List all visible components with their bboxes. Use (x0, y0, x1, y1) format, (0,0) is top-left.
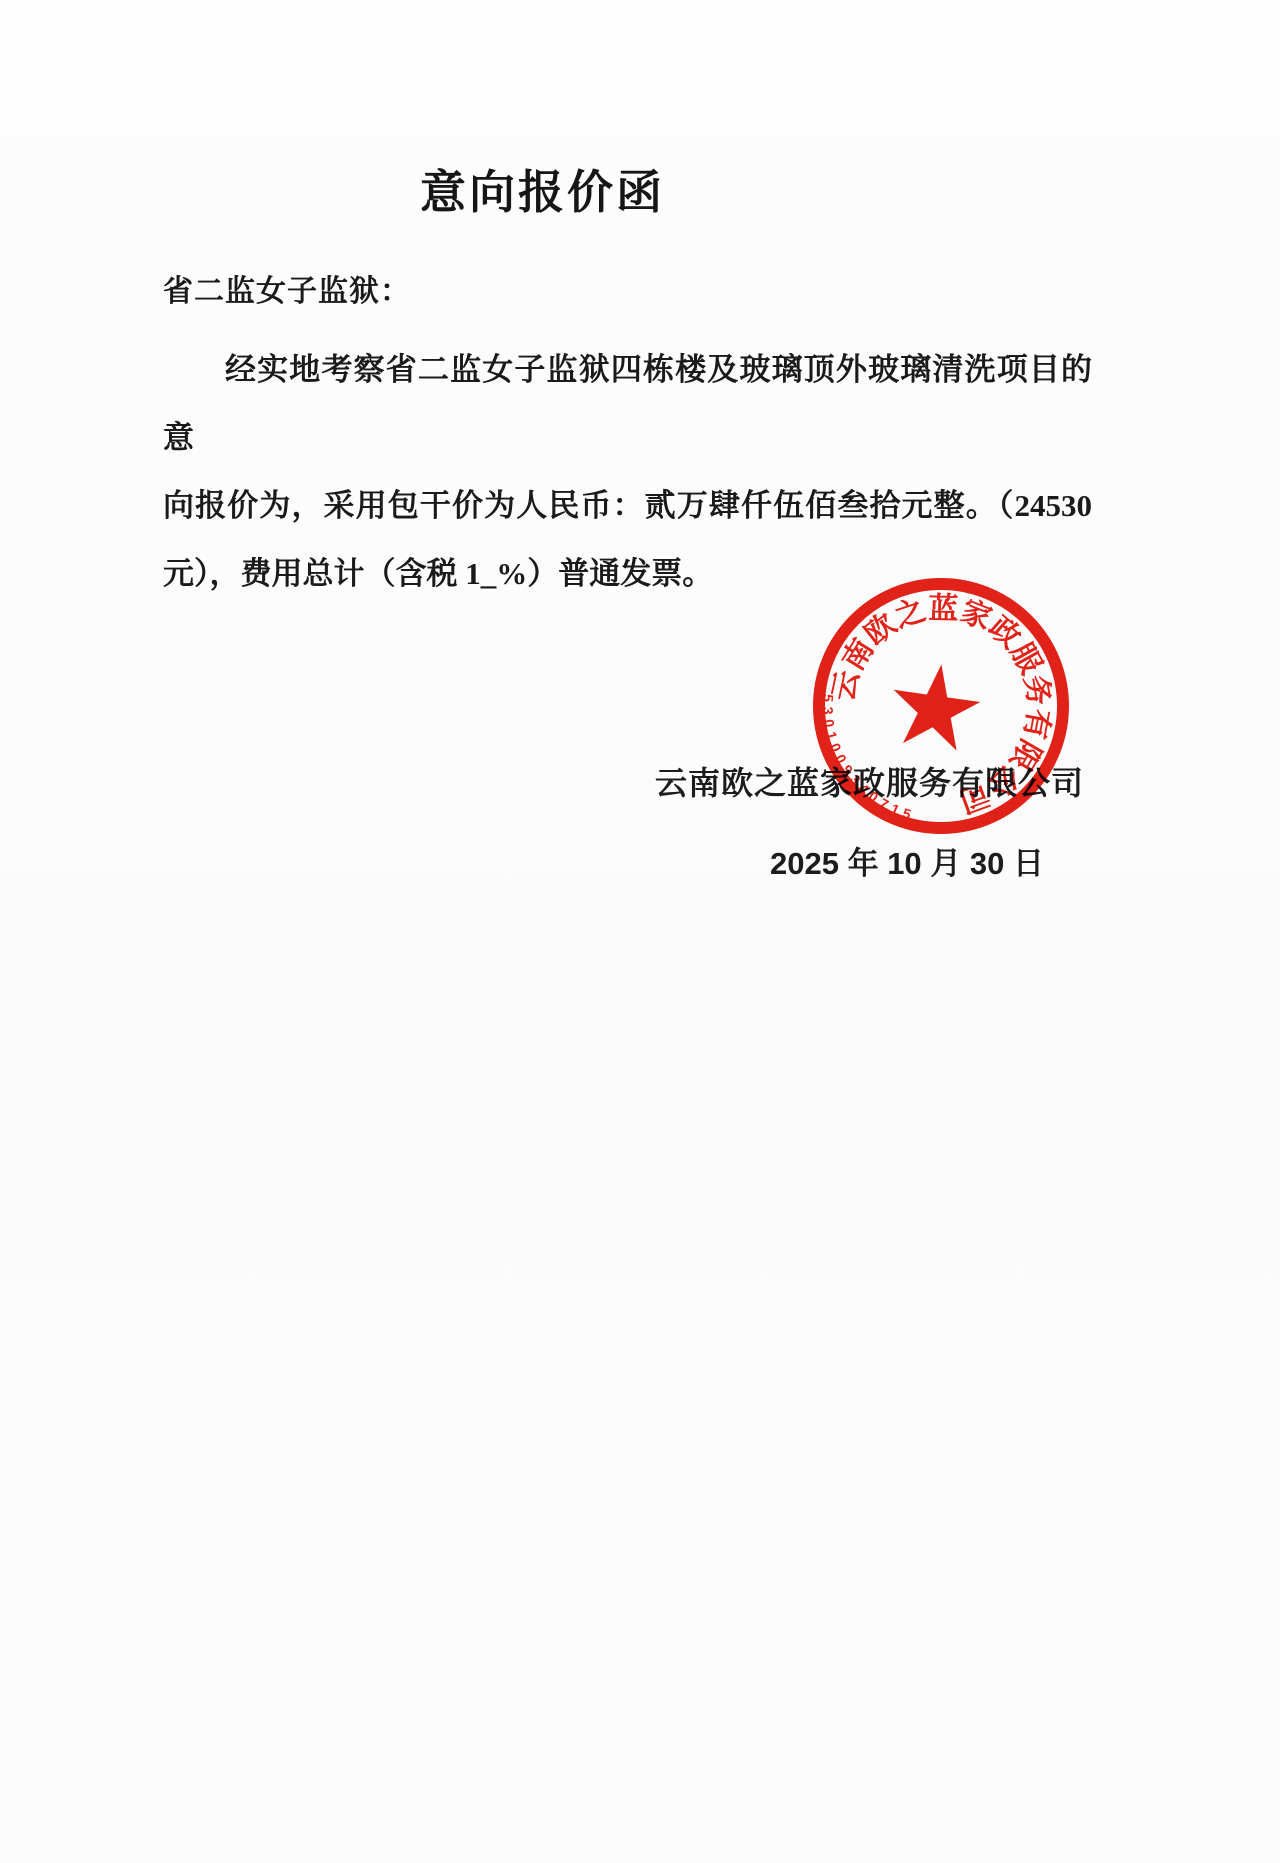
svg-text:务: 务 (1018, 673, 1055, 708)
svg-text:3: 3 (820, 706, 836, 715)
svg-text:5: 5 (820, 694, 837, 703)
svg-text:蓝: 蓝 (928, 592, 959, 626)
paragraph-line-2: 向报价为，采用包干价为人民币：贰万肆仟伍佰叁拾元整。（24530 (163, 472, 1092, 540)
svg-text:0: 0 (821, 718, 838, 728)
star-icon (894, 664, 981, 750)
document-page: 意向报价函 省二监女子监狱： 经实地考察省二监女子监狱四栋楼及玻璃顶外玻璃清洗项… (0, 0, 1280, 1863)
document-title: 意向报价函 (420, 156, 665, 222)
salutation: 省二监女子监狱： (163, 266, 411, 310)
company-seal-stamp: 云南欧之蓝家政服务有限公司 5301009340715 (791, 556, 1091, 856)
paragraph-line-1: 经实地考察省二监女子监狱四栋楼及玻璃顶外玻璃清洗项目的意 (163, 336, 1092, 472)
